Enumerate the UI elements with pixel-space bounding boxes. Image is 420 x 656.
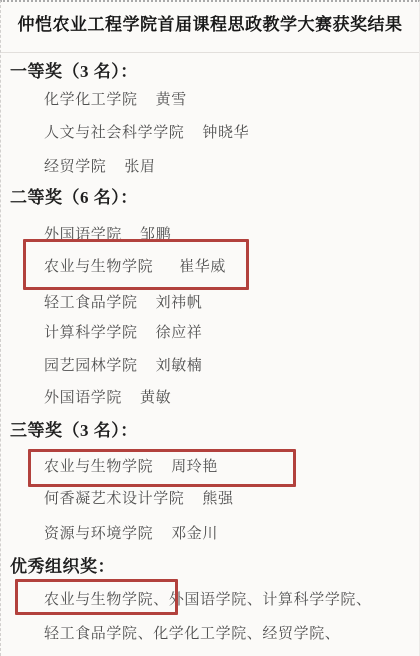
winner-name: 黄敏 [140, 390, 171, 406]
college-name: 农业与生物学院 [44, 459, 153, 475]
org-award-line-1: 农业与生物学院、外国语学院、计算科学学院、 [44, 590, 372, 610]
college-name: 园艺园林学院 [44, 358, 138, 374]
winner-name: 钟晓华 [202, 125, 249, 141]
winner-name: 刘祎帆 [156, 295, 203, 311]
award-item: 农业与生物学院周玲艳 [44, 457, 218, 477]
winner-name: 刘敏楠 [156, 358, 203, 374]
college-name: 轻工食品学院 [44, 295, 138, 311]
section-header-third-prize: 三等奖（3 名）： [10, 421, 138, 441]
college-name: 农业与生物学院 [44, 259, 153, 275]
award-item: 何香凝艺术设计学院熊强 [44, 489, 234, 509]
page-title: 仲恺农业工程学院首届课程思政教学大赛获奖结果 [1, 15, 419, 35]
college-name: 外国语学院 [44, 390, 122, 406]
winner-name: 黄雪 [156, 92, 187, 108]
award-item: 外国语学院邹鹏 [44, 225, 171, 245]
college-name: 化学化工学院 [44, 92, 138, 108]
section-header-organization-award: 优秀组织奖： [10, 557, 115, 577]
winner-name: 邹鹏 [140, 227, 171, 243]
winner-name: 周玲艳 [171, 459, 218, 475]
title-separator [1, 52, 419, 53]
award-item: 农业与生物学院崔华威 [44, 257, 226, 277]
college-name: 经贸学院 [44, 159, 106, 175]
org-award-line-2: 轻工食品学院、化学化工学院、经贸学院、 [44, 624, 340, 644]
award-results-document: 仲恺农业工程学院首届课程思政教学大赛获奖结果 一等奖（3 名）： 化学化工学院黄… [0, 0, 420, 656]
winner-name: 崔华威 [179, 259, 226, 275]
winner-name: 张眉 [124, 159, 155, 175]
org-college-highlighted: 农业与生物学院、 [44, 592, 169, 608]
college-name: 资源与环境学院 [44, 526, 153, 542]
award-item: 计算科学学院徐应祥 [44, 323, 202, 343]
winner-name: 邓金川 [171, 526, 218, 542]
college-name: 计算科学学院 [44, 325, 138, 341]
org-colleges: 外国语学院、计算科学学院、 [169, 592, 372, 608]
section-header-second-prize: 二等奖（6 名）： [10, 188, 138, 208]
winner-name: 熊强 [202, 491, 233, 507]
college-name: 人文与社会科学学院 [44, 125, 184, 141]
winner-name: 徐应祥 [156, 325, 203, 341]
award-item: 人文与社会科学学院钟晓华 [44, 123, 249, 143]
section-header-first-prize: 一等奖（3 名）： [10, 62, 138, 82]
award-item: 资源与环境学院邓金川 [44, 524, 218, 544]
college-name: 外国语学院 [44, 227, 122, 243]
award-item: 化学化工学院黄雪 [44, 90, 187, 110]
award-item: 园艺园林学院刘敏楠 [44, 356, 202, 376]
college-name: 何香凝艺术设计学院 [44, 491, 184, 507]
award-item: 外国语学院黄敏 [44, 388, 171, 408]
award-item: 轻工食品学院刘祎帆 [44, 293, 202, 313]
award-item: 经贸学院张眉 [44, 157, 156, 177]
